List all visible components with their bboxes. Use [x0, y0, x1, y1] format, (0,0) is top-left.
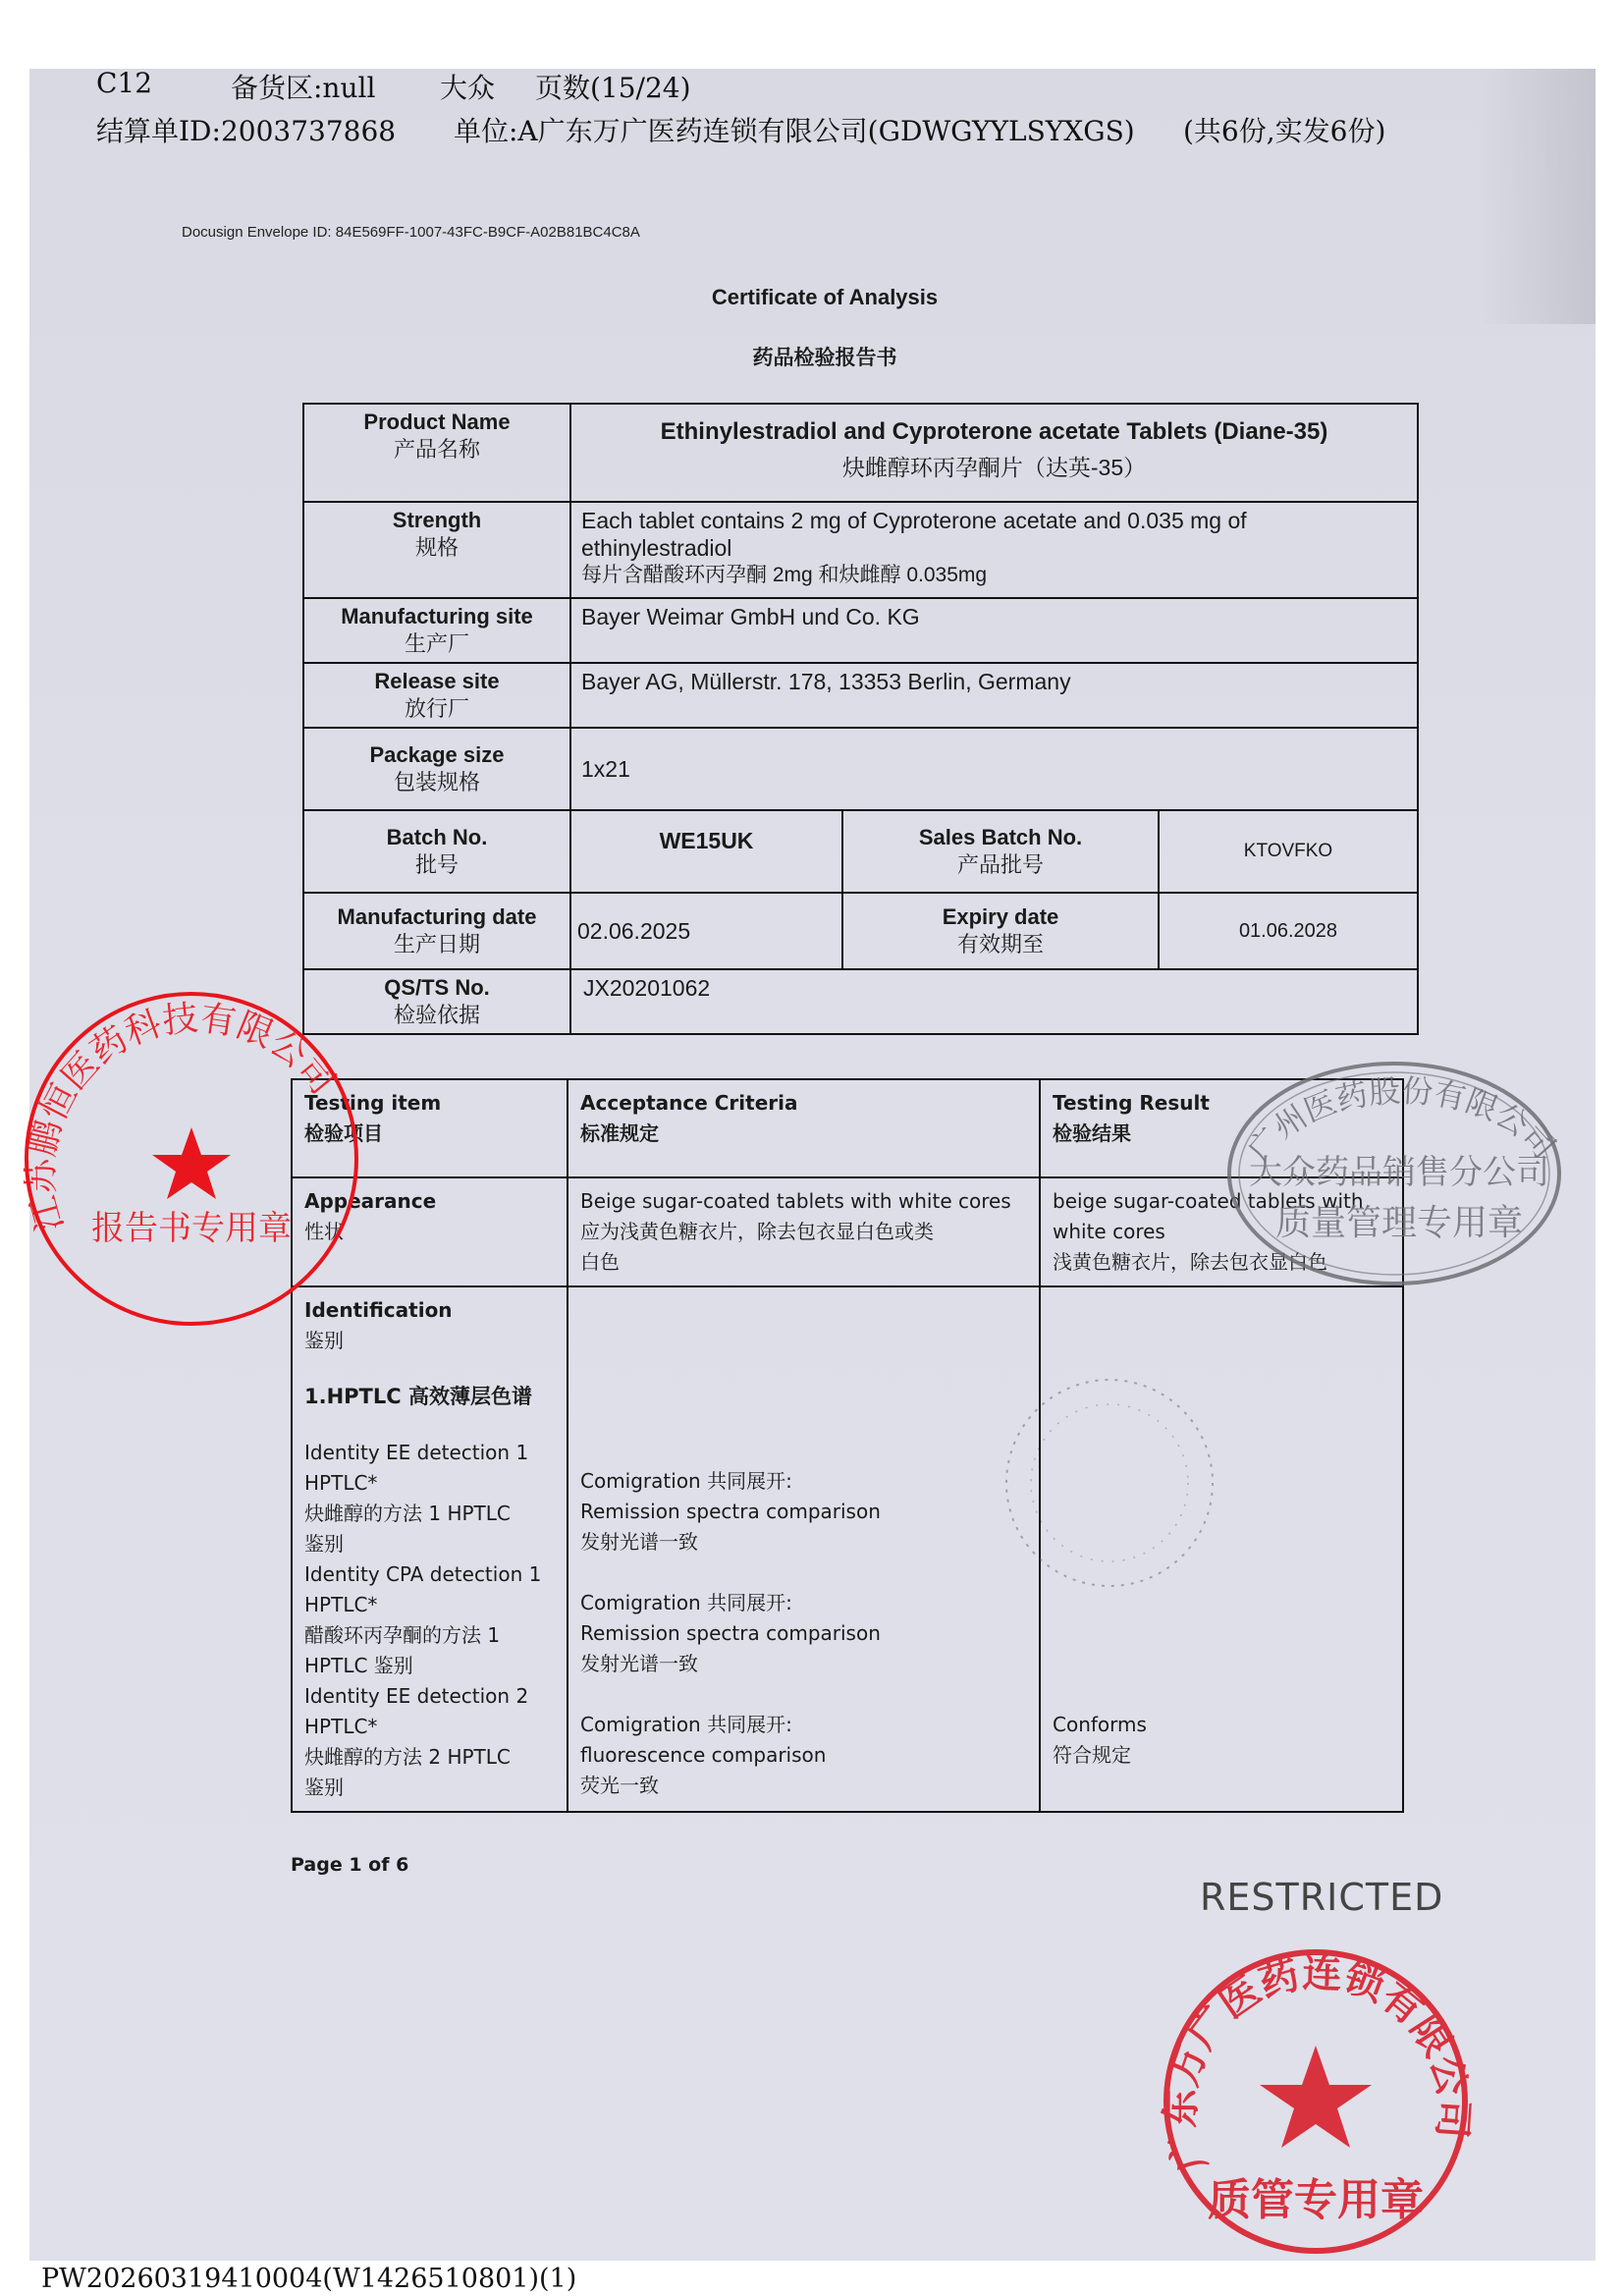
row-product-name: Product Name 产品名称 Ethinylestradiol and C…	[303, 404, 1418, 502]
document-title: Certificate of Analysis	[0, 285, 1623, 310]
strength-value: Each tablet contains 2 mg of Cyproterone…	[570, 502, 1418, 598]
test-results-table: Testing item 检验项目 Acceptance Criteria 标准…	[291, 1078, 1404, 1813]
test-table-header: Testing item 检验项目 Acceptance Criteria 标准…	[292, 1079, 1403, 1177]
identification-item: Identification 鉴别 1.HPTLC 高效薄层色谱 Identit…	[292, 1286, 568, 1812]
page-number: Page 1 of 6	[291, 1854, 408, 1876]
column-header-testing-item: Testing item 检验项目	[292, 1079, 568, 1177]
qs-ts-label: QS/TS No. 检验依据	[303, 969, 570, 1034]
document-title-zh: 药品检验报告书	[0, 342, 1623, 371]
manufacturing-site-label: Manufacturing site 生产厂	[303, 598, 570, 663]
product-name-value: Ethinylestradiol and Cyproterone acetate…	[570, 404, 1418, 502]
identification-result: Conforms 符合规定	[1040, 1286, 1403, 1812]
identification-test-1-criteria: Comigration 共同展开: Remission spectra comp…	[580, 1466, 1027, 1588]
row-qs-ts: QS/TS No. 检验依据 JX20201062	[303, 969, 1418, 1034]
row-batch: Batch No. 批号 WE15UK Sales Batch No. 产品批号…	[303, 810, 1418, 893]
classification-label: RESTRICTED	[1200, 1876, 1443, 1919]
header-copies: (共6份,实发6份)	[1183, 110, 1385, 149]
expiry-date-label: Expiry date 有效期至	[842, 893, 1159, 969]
identification-test-3-item: Identity EE detection 2 HPTLC* 炔雌醇的方法 2 …	[304, 1681, 555, 1803]
header-pages: 页数(15/24)	[535, 67, 691, 106]
product-info-table: Product Name 产品名称 Ethinylestradiol and C…	[302, 403, 1419, 1035]
identification-test-2-item: Identity CPA detection 1 HPTLC* 醋酸环丙孕酮的方…	[304, 1559, 555, 1681]
row-strength: Strength 规格 Each tablet contains 2 mg of…	[303, 502, 1418, 598]
manufacturing-date-value: 02.06.2025	[570, 893, 842, 969]
column-header-acceptance-criteria: Acceptance Criteria 标准规定	[568, 1079, 1040, 1177]
identification-test-3-criteria: Comigration 共同展开: fluorescence compariso…	[580, 1710, 1027, 1801]
header-settlement-id: 结算单ID:2003737868	[96, 110, 396, 149]
row-package-size: Package size 包装规格 1x21	[303, 728, 1418, 810]
header-stock-area: 备货区:null	[231, 67, 375, 106]
column-header-testing-result: Testing Result 检验结果	[1040, 1079, 1403, 1177]
identification-test-2-criteria: Comigration 共同展开: Remission spectra comp…	[580, 1588, 1027, 1710]
expiry-date-value: 01.06.2028	[1159, 893, 1418, 969]
header-code: C12	[96, 67, 152, 99]
manufacturing-site-value: Bayer Weimar GmbH und Co. KG	[570, 598, 1418, 663]
manufacturing-date-label: Manufacturing date 生产日期	[303, 893, 570, 969]
product-name-label: Product Name 产品名称	[303, 404, 570, 502]
strength-label: Strength 规格	[303, 502, 570, 598]
release-site-label: Release site 放行厂	[303, 663, 570, 728]
qs-ts-value: JX20201062	[570, 969, 1418, 1034]
batch-no-value: WE15UK	[570, 810, 842, 893]
sales-batch-no-label: Sales Batch No. 产品批号	[842, 810, 1159, 893]
appearance-item: Appearance 性状	[292, 1177, 568, 1286]
appearance-criteria: Beige sugar-coated tablets with white co…	[568, 1177, 1040, 1286]
row-manufacturing-site: Manufacturing site 生产厂 Bayer Weimar GmbH…	[303, 598, 1418, 663]
row-release-site: Release site 放行厂 Bayer AG, Müllerstr. 17…	[303, 663, 1418, 728]
test-row-identification: Identification 鉴别 1.HPTLC 高效薄层色谱 Identit…	[292, 1286, 1403, 1812]
package-size-label: Package size 包装规格	[303, 728, 570, 810]
test-row-appearance: Appearance 性状 Beige sugar-coated tablets…	[292, 1177, 1403, 1286]
identification-criteria: Comigration 共同展开: Remission spectra comp…	[568, 1286, 1040, 1812]
header-channel: 大众	[440, 67, 495, 106]
identification-test-1-item: Identity EE detection 1 HPTLC* 炔雌醇的方法 1 …	[304, 1438, 555, 1559]
appearance-result: beige sugar-coated tablets with white co…	[1040, 1177, 1403, 1286]
scan-footer-id: PW20260319410004(W1426510801)(1)	[41, 2264, 576, 2294]
row-dates: Manufacturing date 生产日期 02.06.2025 Expir…	[303, 893, 1418, 969]
header-unit: 单位:A广东万广医药连锁有限公司(GDWGYYLSYXGS)	[454, 110, 1135, 149]
release-site-value: Bayer AG, Müllerstr. 178, 13353 Berlin, …	[570, 663, 1418, 728]
sales-batch-no-value: KTOVFKO	[1159, 810, 1418, 893]
package-size-value: 1x21	[570, 728, 1418, 810]
batch-no-label: Batch No. 批号	[303, 810, 570, 893]
docusign-envelope-id: Docusign Envelope ID: 84E569FF-1007-43FC…	[182, 224, 640, 241]
